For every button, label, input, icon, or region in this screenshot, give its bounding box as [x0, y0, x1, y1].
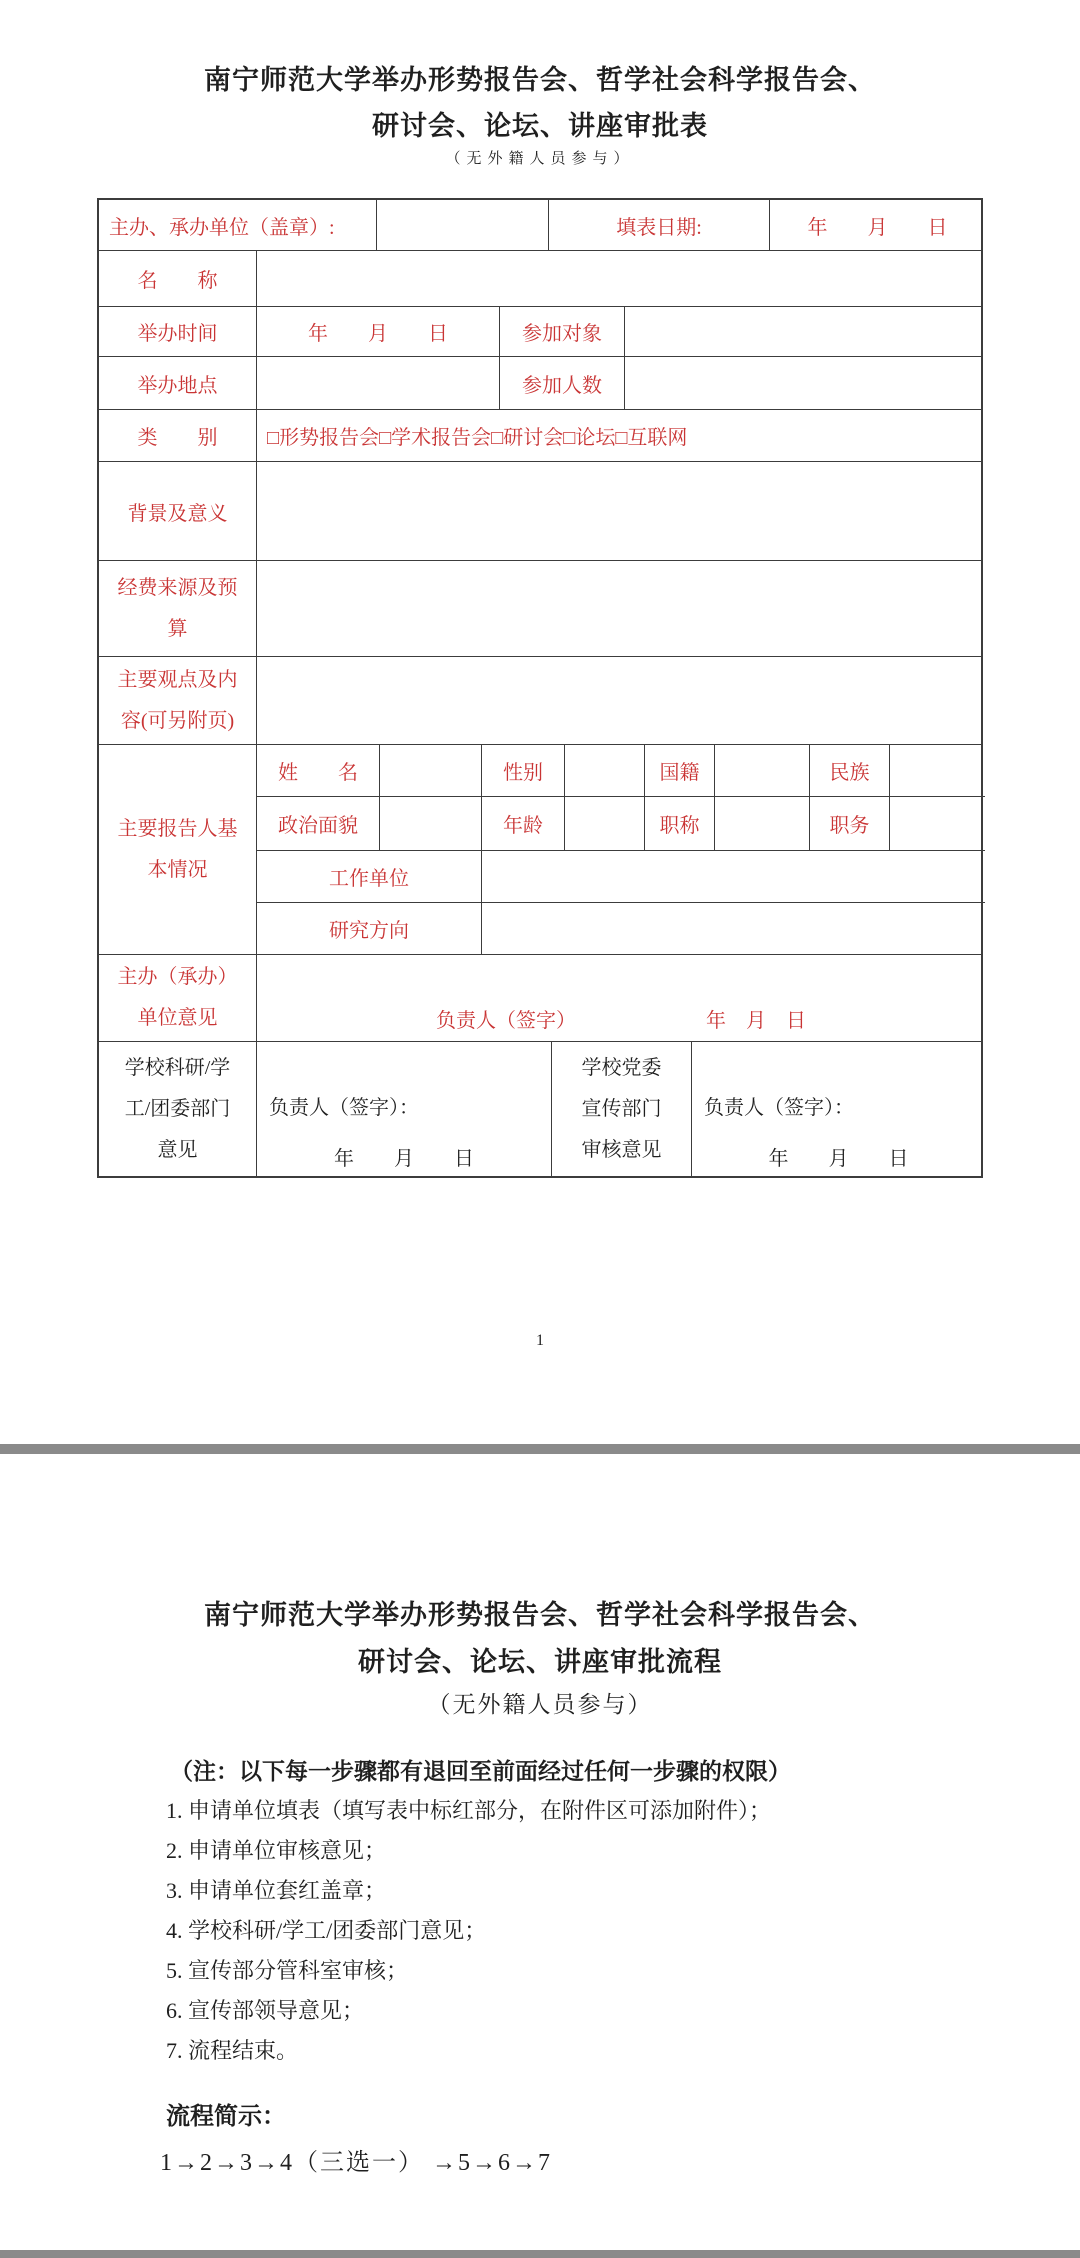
host-opinion-label: 主办（承办） 单位意见 [99, 955, 256, 1041]
reporter-name-value [379, 745, 481, 796]
page1-page-number: 1 [0, 1332, 1080, 1350]
row-content: 主要观点及内 容(可另附页) [99, 656, 981, 744]
reporter-label: 主要报告人基 本情况 [99, 745, 256, 954]
prof-title-label: 职称 [644, 797, 714, 850]
page1-subtitle: （无外籍人员参与） [0, 147, 1080, 168]
budget-value-cell [256, 561, 985, 656]
row-background: 背景及意义 [99, 461, 981, 560]
dept-sign-cell: 负责人（签字）： 年 月 日 [256, 1042, 551, 1176]
nationality-label: 国籍 [644, 745, 714, 796]
age-label: 年龄 [481, 797, 564, 850]
duty-label: 职务 [809, 797, 889, 850]
row-reporter-info: 主要报告人基 本情况 姓 名 性别 国籍 民族 政治面貌 年龄 [99, 744, 981, 954]
step-item: 5. 宣传部分管科室审核； [166, 1951, 771, 1991]
step-item: 7. 流程结束。 [166, 2031, 771, 2071]
age-value [564, 797, 644, 850]
category-label: 类 别 [99, 410, 256, 461]
prop-sign-ymd: 年 月 日 [692, 1142, 985, 1171]
step-item: 3. 申请单位套红盖章； [166, 1871, 771, 1911]
step-item: 2. 申请单位审核意见； [166, 1831, 771, 1871]
subrow-workunit: 工作单位 [256, 850, 985, 903]
row-time: 举办时间 年 月 日 参加对象 [99, 306, 981, 356]
row-venue: 举办地点 参加人数 [99, 356, 981, 409]
row-category: 类 别 □形势报告会□学术报告会□研讨会□论坛□互联网 [99, 409, 981, 461]
organizer-seal-label: 主办、承办单位（盖章）: [99, 200, 376, 250]
count-label: 参加人数 [499, 357, 624, 409]
subrow-political: 政治面貌 年龄 职称 职务 [256, 796, 985, 850]
page1-title-line2: 研讨会、论坛、讲座审批表 [0, 104, 1080, 143]
page2-title-line2: 研讨会、论坛、讲座审批流程 [0, 1640, 1080, 1679]
attendee-value-cell [624, 307, 985, 356]
attendee-label: 参加对象 [499, 307, 624, 356]
step-item: 4. 学校科研/学工/团委部门意见； [166, 1911, 771, 1951]
flow-label: 流程简示： [166, 2096, 286, 2131]
fill-date-label: 填表日期: [548, 200, 769, 250]
dept-sign-label: 负责人（签字）： [257, 1091, 551, 1120]
research-label: 研究方向 [256, 903, 481, 954]
step-item: 6. 宣传部领导意见； [166, 1991, 771, 2031]
organizer-value-cell [376, 200, 548, 250]
time-ymd: 年 月 日 [256, 307, 499, 356]
page2-note: （注：以下每一步骤都有退回至前面经过任何一步骤的权限） [170, 1753, 791, 1786]
count-value-cell [624, 357, 985, 409]
name-value-cell [256, 251, 985, 306]
duty-value [889, 797, 985, 850]
background-label: 背景及意义 [99, 462, 256, 560]
page1-title-line1: 南宁师范大学举办形势报告会、哲学社会科学报告会、 [0, 58, 1080, 97]
venue-value-cell [256, 357, 499, 409]
page-separator [0, 1444, 1080, 1454]
propaganda-label: 学校党委 宣传部门 审核意见 [551, 1042, 691, 1176]
approval-form-table: 主办、承办单位（盖章）: 填表日期: 年 月 日 名 称 举办时间 年 月 日 … [97, 198, 983, 1178]
ethnicity-value [889, 745, 985, 796]
dept-opinion-label: 学校科研/学 工/团委部门 意见 [99, 1042, 256, 1176]
row-dept-opinions: 学校科研/学 工/团委部门 意见 负责人（签字）： 年 月 日 学校党委 宣传部… [99, 1041, 981, 1176]
gender-label: 性别 [481, 745, 564, 796]
subrow-name: 姓 名 性别 国籍 民族 [256, 745, 985, 796]
content-value-cell [256, 657, 985, 744]
step-item: 1. 申请单位填表（填写表中标红部分，在附件区可添加附件）； [166, 1791, 771, 1831]
content-label: 主要观点及内 容(可另附页) [99, 657, 256, 744]
page2-subtitle: （无外籍人员参与） [0, 1686, 1080, 1719]
fill-date-ymd: 年 月 日 [769, 200, 985, 250]
page2-title-line1: 南宁师范大学举办形势报告会、哲学社会科学报告会、 [0, 1593, 1080, 1632]
subrow-research: 研究方向 [256, 902, 985, 954]
time-label: 举办时间 [99, 307, 256, 356]
row-organizer: 主办、承办单位（盖章）: 填表日期: 年 月 日 [99, 200, 981, 250]
page-separator-bottom [0, 2250, 1080, 2258]
steps-list: 1. 申请单位填表（填写表中标红部分，在附件区可添加附件）； 2. 申请单位审核… [166, 1791, 771, 2071]
reporter-name-label: 姓 名 [256, 745, 379, 796]
dept-sign-ymd: 年 月 日 [257, 1142, 551, 1171]
research-value [481, 903, 985, 954]
prof-title-value [714, 797, 809, 850]
document-canvas: 南宁师范大学举办形势报告会、哲学社会科学报告会、 研讨会、论坛、讲座审批表 （无… [0, 0, 1080, 2258]
gender-value [564, 745, 644, 796]
row-budget: 经费来源及预 算 [99, 560, 981, 656]
host-opinion-sign: 负责人（签字） 年 月 日 [256, 955, 985, 1041]
prop-sign-label: 负责人（签字）： [692, 1091, 985, 1120]
political-value [379, 797, 481, 850]
political-label: 政治面貌 [256, 797, 379, 850]
flow-text: 1→2→3→4（三选一） →5→6→7 [160, 2142, 552, 2177]
background-value-cell [256, 462, 985, 560]
workunit-label: 工作单位 [256, 851, 481, 903]
budget-label: 经费来源及预 算 [99, 561, 256, 656]
venue-label: 举办地点 [99, 357, 256, 409]
nationality-value [714, 745, 809, 796]
reporter-subtable: 姓 名 性别 国籍 民族 政治面貌 年龄 职称 职务 [256, 745, 985, 954]
row-host-opinion: 主办（承办） 单位意见 负责人（签字） 年 月 日 [99, 954, 981, 1041]
name-label: 名 称 [99, 251, 256, 306]
ethnicity-label: 民族 [809, 745, 889, 796]
row-name: 名 称 [99, 250, 981, 306]
workunit-value [481, 851, 985, 903]
prop-sign-cell: 负责人（签字）： 年 月 日 [691, 1042, 985, 1176]
category-options: □形势报告会□学术报告会□研讨会□论坛□互联网 [256, 410, 985, 461]
